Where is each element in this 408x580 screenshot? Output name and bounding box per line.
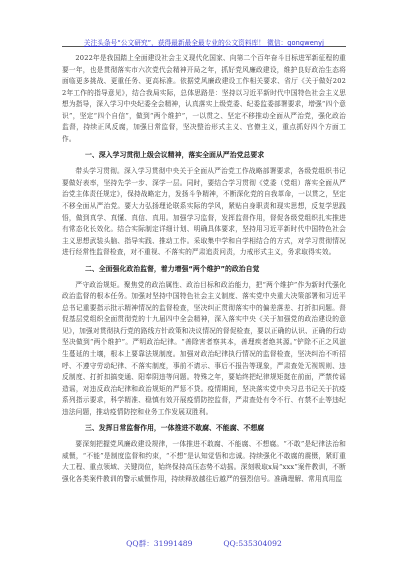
page-footer: QQ群：31991489 QQ:535304092 — [62, 538, 346, 549]
document-body: 2022年是我国踏上全面建设社会主义现代化国家、向第二个百年奋斗目标进军新征程的… — [62, 53, 346, 486]
section-2-paragraph: 严守政治规矩。聚焦党的政治属性、政治目标和政治能力，把“两个维护”作为新时代强化… — [62, 280, 346, 419]
section-1-paragraph: 带头学习贯彻。深入学习贯彻中央关于全面从严治党工作战略部署要求，各级党组织书记要… — [62, 166, 346, 258]
qq-number-text: QQ:535304092 — [223, 539, 282, 548]
qq-group-text: QQ群：31991489 — [126, 538, 192, 549]
header-promo-link[interactable]: 关注头条号“公文研究”，获得最新最全最专业的公文资料库！ 微信：gongweny… — [84, 36, 324, 50]
section-2-heading: 二、全面强化政治监督，着力增强“两个维护”的政治自觉 — [62, 264, 346, 275]
section-3-heading: 三、发挥日常监督作用，一体推进不敢腐、不能腐、不想腐 — [62, 423, 346, 434]
section-1-heading: 一、深入学习贯彻上级会议精神，落实全面从严治党总要求 — [62, 150, 346, 161]
page-header: 关注头条号“公文研究”，获得最新最全最专业的公文资料库！ 微信：gongweny… — [62, 30, 346, 47]
intro-paragraph: 2022年是我国踏上全面建设社会主义现代化国家、向第二个百年奋斗目标进军新征程的… — [62, 53, 346, 145]
section-3-paragraph: 要深刻把握党风廉政建设规律，一体推进不敢腐、不能腐、不想腐。“不敢”是纪律法治和… — [62, 439, 346, 485]
